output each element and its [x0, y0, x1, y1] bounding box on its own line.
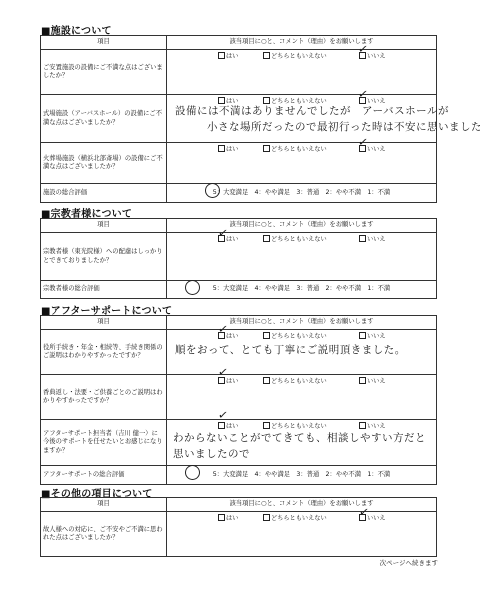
- option-no[interactable]: いいえ: [359, 422, 386, 431]
- checkbox-icon[interactable]: [263, 145, 270, 152]
- checkbox-icon[interactable]: [263, 514, 270, 521]
- question-text: 役所手続き・年金・相続等、手続き関係のご説明はわかりやすかったですか？: [41, 330, 167, 375]
- checkbox-icon[interactable]: [218, 514, 225, 521]
- question-row: アフターサポート担当者（吉川 健一）に今後のサポートを任せたいとお感じになります…: [41, 420, 437, 466]
- handwritten-comment: 思いましたので: [173, 447, 250, 461]
- religious-table: 項目 該当項目に○と、コメント（理由）をお願いします 宗教者様（東光院様）への配…: [40, 218, 437, 299]
- question-row: 火葬場施設（横浜北部斎場）の設備にご不満な点はございましたか？ はい どちらとも…: [41, 143, 437, 184]
- checkbox-icon[interactable]: [218, 145, 225, 152]
- aftersupport-table: 項目 該当項目に○と、コメント（理由）をお願いします 役所手続き・年金・相続等、…: [40, 315, 437, 485]
- checkbox-icon[interactable]: [263, 52, 270, 59]
- summary-label: アフターサポートの総合評価: [41, 466, 167, 485]
- option-neutral[interactable]: どちらともいえない: [263, 422, 327, 431]
- handwritten-comment: 設備には不満はありませんでしたが アーバスホールが: [175, 104, 449, 118]
- option-yes[interactable]: はい: [218, 145, 238, 154]
- summary-row: 宗教者様の総合評価 5：大変満足 4：やや満足 3：普通 2：やや不満 1：不満: [41, 281, 437, 299]
- facilities-table: 項目 該当項目に○と、コメント（理由）をお願いします ご安置施設の設備にご不満な…: [40, 35, 437, 203]
- option-neutral[interactable]: どちらともいえない: [263, 235, 327, 244]
- checkbox-icon[interactable]: [263, 377, 270, 384]
- column-header-item: 項目: [41, 219, 167, 233]
- column-header-answer: 該当項目に○と、コメント（理由）をお願いします: [167, 219, 437, 233]
- question-row: 故人様への対応に、ご不安やご不満に思われた点はございましたか？ はい どちらとも…: [41, 512, 437, 557]
- handwritten-comment: わからないことがでてきても、相談しやすい方だと: [173, 431, 426, 445]
- question-row: 役所手続き・年金・相続等、手続き関係のご説明はわかりやすかったですか？ はい ど…: [41, 330, 437, 375]
- rating-scale: 5：大変満足 4：やや満足 3：普通 2：やや不満 1：不満: [213, 471, 390, 478]
- checkbox-icon[interactable]: [218, 97, 225, 104]
- option-neutral[interactable]: どちらともいえない: [263, 332, 327, 341]
- question-row: 宗教者様（東光院様）への配慮はしっかりとできておりましたか？ はい どちらともい…: [41, 233, 437, 281]
- checkbox-icon[interactable]: [263, 97, 270, 104]
- question-row: 香典返し・法要・ご供養ごとのご説明はわかりやすかったですか？ はい どちらともい…: [41, 375, 437, 420]
- checkbox-icon[interactable]: [263, 235, 270, 242]
- checkbox-icon[interactable]: [359, 377, 366, 384]
- rating-scale: 5：大変満足 4：やや満足 3：普通 2：やや不満 1：不満: [213, 285, 390, 292]
- option-neutral[interactable]: どちらともいえない: [263, 514, 327, 523]
- column-header-answer: 該当項目に○と、コメント（理由）をお願いします: [167, 36, 437, 50]
- selected-rating-circle: [205, 183, 220, 198]
- column-header-item: 項目: [41, 316, 167, 330]
- summary-label: 施設の総合評価: [41, 184, 167, 203]
- other-table: 項目 該当項目に○と、コメント（理由）をお願いします 故人様への対応に、ご不安や…: [40, 497, 437, 557]
- summary-label: 宗教者様の総合評価: [41, 281, 167, 299]
- selected-rating-circle: [185, 465, 200, 480]
- column-header-item: 項目: [41, 36, 167, 50]
- question-text: 故人様への対応に、ご不安やご不満に思われた点はございましたか？: [41, 512, 167, 557]
- handwritten-comment: 順をおって、とても丁寧にご説明頂きました。: [175, 343, 406, 357]
- summary-row: 施設の総合評価 5：大変満足 4：やや満足 3：普通 2：やや不満 1：不満: [41, 184, 437, 203]
- checkbox-icon[interactable]: [263, 422, 270, 429]
- option-no[interactable]: いいえ: [359, 377, 386, 386]
- question-row: ご安置施設の設備にご不満な点はございましたか？ はい どちらともいえない いいえ…: [41, 50, 437, 95]
- option-neutral[interactable]: どちらともいえない: [263, 145, 327, 154]
- option-no[interactable]: いいえ: [359, 235, 386, 244]
- question-text: 香典返し・法要・ご供養ごとのご説明はわかりやすかったですか？: [41, 375, 167, 420]
- option-neutral[interactable]: どちらともいえない: [263, 377, 327, 386]
- question-row: 式場施設（アーバスホール）の設備にご不満な点はございましたか？ はい どちらとも…: [41, 95, 437, 143]
- checkbox-icon[interactable]: [263, 332, 270, 339]
- column-header-answer: 該当項目に○と、コメント（理由）をお願いします: [167, 316, 437, 330]
- summary-row: アフターサポートの総合評価 5：大変満足 4：やや満足 3：普通 2：やや不満 …: [41, 466, 437, 485]
- column-header-item: 項目: [41, 498, 167, 512]
- question-text: アフターサポート担当者（吉川 健一）に今後のサポートを任せたいとお感じになります…: [41, 420, 167, 466]
- checkbox-icon[interactable]: [359, 332, 366, 339]
- handwritten-comment: 小さな場所だったので最初行った時は不安に思いました。: [207, 120, 480, 134]
- question-text: ご安置施設の設備にご不満な点はございましたか？: [41, 50, 167, 95]
- rating-scale: 5：大変満足 4：やや満足 3：普通 2：やや不満 1：不満: [213, 189, 390, 196]
- checkbox-icon[interactable]: [359, 235, 366, 242]
- question-text: 火葬場施設（横浜北部斎場）の設備にご不満な点はございましたか？: [41, 143, 167, 184]
- option-yes[interactable]: はい: [218, 52, 238, 61]
- continued-next-page-note: 次ページへ続きます: [380, 558, 438, 567]
- question-text: 宗教者様（東光院様）への配慮はしっかりとできておりましたか？: [41, 233, 167, 281]
- option-neutral[interactable]: どちらともいえない: [263, 52, 327, 61]
- question-text: 式場施設（アーバスホール）の設備にご不満な点はございましたか？: [41, 95, 167, 143]
- checkbox-icon[interactable]: [218, 52, 225, 59]
- selected-rating-circle: [185, 280, 200, 295]
- option-yes[interactable]: はい: [218, 422, 238, 431]
- checkbox-icon[interactable]: [359, 422, 366, 429]
- column-header-answer: 該当項目に○と、コメント（理由）をお願いします: [167, 498, 437, 512]
- option-yes[interactable]: はい: [218, 514, 238, 523]
- option-no[interactable]: いいえ: [359, 332, 386, 341]
